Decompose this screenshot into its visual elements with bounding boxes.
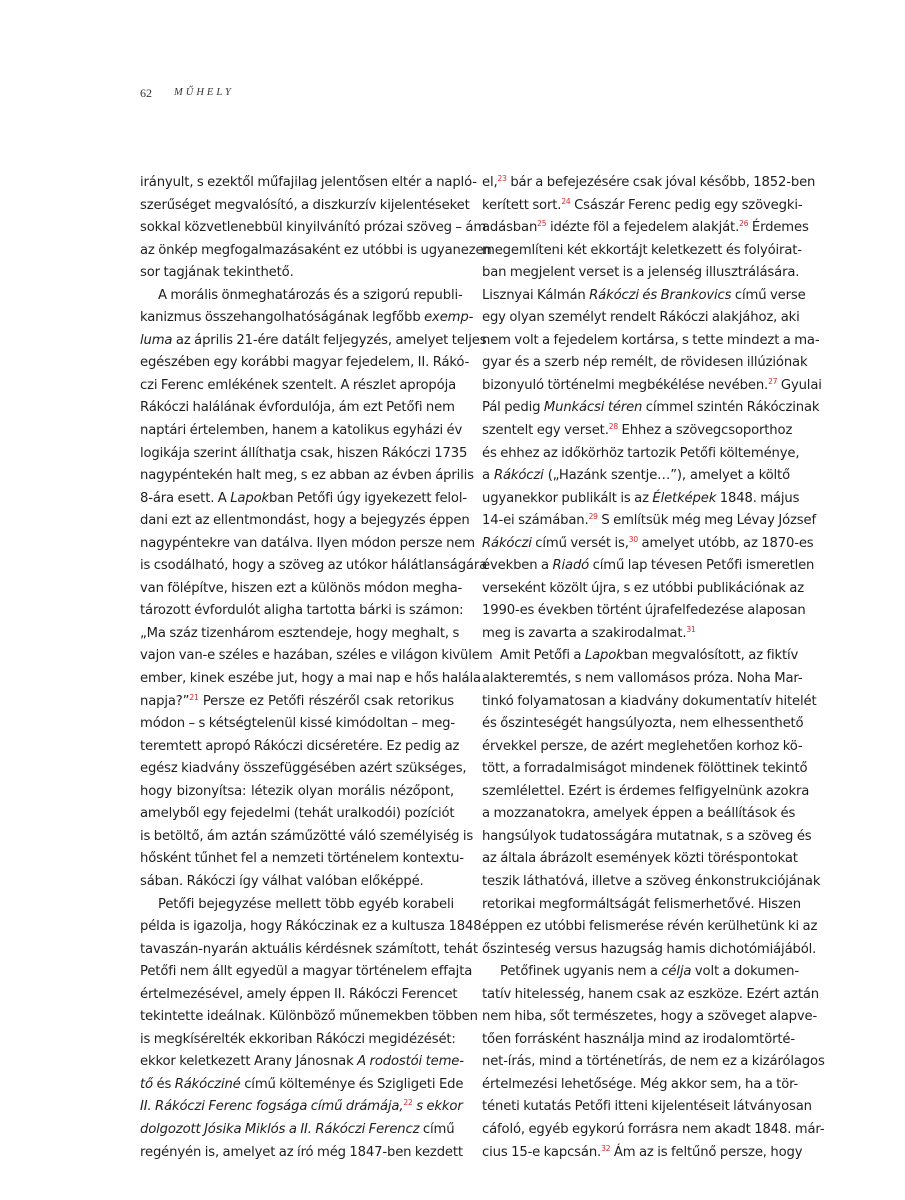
body-text: szerűséget megvalósító, a diszkurzív kij…	[140, 198, 470, 213]
footnote-reference[interactable]: 27	[768, 377, 777, 386]
text-line: tatív hitelesség, hanem csak az eszköze.…	[482, 984, 790, 1007]
body-text: S említsük még meg Lévay József	[598, 513, 816, 528]
text-line: retorikai megformáltságát felismerhetővé…	[482, 894, 790, 917]
text-line: cius 15-e kapcsán.32 Ám az is feltűnő pe…	[482, 1142, 790, 1165]
body-text: Petőfinek ugyanis nem a	[500, 964, 661, 979]
text-line: A morális önmeghatározás és a szigorú re…	[140, 285, 454, 308]
text-line: egész kiadvány összefüggésében azért szü…	[140, 758, 454, 781]
italic-title-text: II. Rákóczi Ferenc fogsága című drámája,	[140, 1099, 403, 1114]
text-line: tinkó folyamatosan a kiadvány dokumentat…	[482, 691, 790, 714]
text-line: ekkor keletkezett Arany Jánosnak A rodos…	[140, 1051, 454, 1074]
body-text: őszinteség versus hazugság hamis dichotó…	[482, 942, 816, 957]
text-line: luma az április 21-ére datált feljegyzés…	[140, 330, 454, 353]
body-text: és ehhez az időkörhöz tartozik Petőfi kö…	[482, 446, 799, 461]
text-line: naptári értelemben, hanem a katolikus eg…	[140, 420, 454, 443]
body-text: értelmezésével, amely éppen II. Rákóczi …	[140, 987, 457, 1002]
body-text: van fölépítve, hiszen ezt a különös módo…	[140, 581, 462, 596]
body-text: vajon van-e széles e hazában, széles e v…	[140, 648, 492, 663]
body-text: bár a befejezésére csak jóval később, 18…	[507, 175, 815, 190]
body-text: 1848. május	[716, 491, 799, 506]
running-header: 62 MŰHELY	[140, 86, 234, 101]
text-line: Petőfi nem állt egyedül a magyar történe…	[140, 961, 454, 984]
text-line: dolgozott Jósika Miklós a II. Rákóczi Fe…	[140, 1119, 454, 1142]
italic-title-text: s ekkor	[413, 1099, 463, 1114]
body-text: ugyanekkor publikált is az	[482, 491, 652, 506]
text-line: is betöltő, ám aztán száműzötté váló sze…	[140, 826, 454, 849]
text-line: irányult, s ezektől műfajilag jelentősen…	[140, 172, 454, 195]
text-line: sor tagjának tekinthető.	[140, 262, 454, 285]
text-line: módon – s kétségtelenül kissé kimódoltan…	[140, 713, 454, 736]
body-text: és őszinteségét hangsúlyozta, nem elhess…	[482, 716, 803, 731]
text-line: egy olyan személyt rendelt Rákóczi alakj…	[482, 307, 790, 330]
text-line: megemlíteni két ekkortájt keletkezett és…	[482, 240, 790, 263]
text-line: logikája szerint állíthatja csak, hiszen…	[140, 443, 454, 466]
text-line: nem volt a fejedelem kortársa, s tette m…	[482, 330, 790, 353]
text-line: nagypéntekén halt meg, s ez abban az évb…	[140, 465, 454, 488]
body-text: czi Ferenc emlékének szentelt. A részlet…	[140, 378, 456, 393]
body-text: 1990-es években történt újrafelfedezése …	[482, 603, 806, 618]
body-text: hangsúlyok tudatosságára mutatnak, s a s…	[482, 829, 812, 844]
body-text: regényén is, amelyet az író még 1847-ben…	[140, 1145, 463, 1160]
text-line: is csodálható, hogy a szöveg az utókor h…	[140, 555, 454, 578]
body-text: logikája szerint állíthatja csak, hiszen…	[140, 446, 467, 461]
body-text: a mozzanatokra, amelyek éppen a beállítá…	[482, 806, 795, 821]
footnote-reference[interactable]: 23	[498, 174, 507, 183]
text-line: el,23 bár a befejezésére csak jóval késő…	[482, 172, 790, 195]
body-text: az általa ábrázolt események közti törés…	[482, 851, 798, 866]
text-line: éppen ez utóbbi felismerése révén kerülh…	[482, 916, 790, 939]
right-text-column: el,23 bár a befejezésére csak jóval késő…	[482, 172, 790, 1164]
italic-title-text: Rákóczi	[494, 468, 544, 483]
body-text: című költeménye és Szigligeti Ede	[241, 1077, 464, 1092]
body-text: ban megvalósított, az fiktív	[624, 648, 799, 663]
text-line: hősként tűnhet fel a nemzeti történelem …	[140, 848, 454, 871]
body-text: volt a dokumen-	[691, 964, 799, 979]
body-text: teszik láthatóvá, illetve a szöveg énkon…	[482, 874, 820, 889]
body-text: amelyből egy fejedelmi (tehát uralkodói)…	[140, 806, 454, 821]
body-text: Ehhez a szövegcsoporthoz	[618, 423, 792, 438]
text-line: amelyből egy fejedelmi (tehát uralkodói)…	[140, 803, 454, 826]
text-line: és őszinteségét hangsúlyozta, nem elhess…	[482, 713, 790, 736]
body-text: Császár Ferenc pedig egy szövegki-	[571, 198, 803, 213]
body-text: Persze ez Petőfi részéről csak retorikus	[199, 694, 454, 709]
footnote-reference[interactable]: 30	[629, 535, 638, 544]
text-line: szemlélettel. Ezért is érdemes felfigyel…	[482, 781, 790, 804]
body-text: az önkép megfogalmazásaként ez utóbbi is…	[140, 243, 492, 258]
text-line: regényén is, amelyet az író még 1847-ben…	[140, 1142, 454, 1165]
left-text-column: irányult, s ezektől műfajilag jelentősen…	[140, 172, 454, 1164]
italic-title-text: Rákóczi	[482, 536, 532, 551]
text-line: őszinteség versus hazugság hamis dichotó…	[482, 939, 790, 962]
body-text: években a	[482, 558, 552, 573]
body-text: ekkor keletkezett Arany Jánosnak	[140, 1054, 357, 1069]
body-text: egész kiadvány összefüggésében azért szü…	[140, 761, 466, 776]
body-text: című lap tévesen Petőfi ismeretlen	[589, 558, 814, 573]
text-line: teremtett apropó Rákóczi dicséretére. Ez…	[140, 736, 454, 759]
text-line: „Ma száz tizenhárom esztendeje, hogy meg…	[140, 623, 454, 646]
text-line: tekintette ideálnak. Különböző műnemekbe…	[140, 1006, 454, 1029]
footnote-reference[interactable]: 24	[561, 197, 570, 206]
body-text: Rákóczi halálának évfordulója, ám ezt Pe…	[140, 400, 455, 415]
body-text: is megkísérelték ekkoriban Rákóczi megid…	[140, 1032, 456, 1047]
body-text: és	[153, 1077, 175, 1092]
body-text: is csodálható, hogy a szöveg az utókor h…	[140, 558, 487, 573]
body-text: kerített sort.	[482, 198, 561, 213]
text-line: Pál pedig Munkácsi téren címmel szintén …	[482, 397, 790, 420]
text-line: gyar és a szerb nép remélt, de rövidesen…	[482, 352, 790, 375]
body-text: egy olyan személyt rendelt Rákóczi alakj…	[482, 310, 800, 325]
body-text: gyar és a szerb nép remélt, de rövidesen…	[482, 355, 807, 370]
body-text: meg is zavarta a szakirodalmat.	[482, 626, 686, 641]
body-text: Gyulai	[777, 378, 821, 393]
text-line: értelmezésével, amely éppen II. Rákóczi …	[140, 984, 454, 1007]
text-line: sában. Rákóczi így válhat valóban előkép…	[140, 871, 454, 894]
text-line: szerűséget megvalósító, a diszkurzív kij…	[140, 195, 454, 218]
text-line: cáfoló, egyéb egykorú forrásra nem akadt…	[482, 1119, 790, 1142]
body-text: címmel szintén Rákóczinak	[642, 400, 819, 415]
body-text: Petőfi nem állt egyedül a magyar történe…	[140, 964, 472, 979]
body-text: nem hiba, sőt természetes, hogy a szöveg…	[482, 1009, 817, 1024]
text-line: az általa ábrázolt események közti törés…	[482, 848, 790, 871]
text-line: ember, kinek eszébe jut, hogy a mai nap …	[140, 668, 454, 691]
text-line: kerített sort.24 Császár Ferenc pedig eg…	[482, 195, 790, 218]
body-text: szemlélettel. Ezért is érdemes felfigyel…	[482, 784, 809, 799]
italic-title-text: luma	[140, 333, 172, 348]
text-line: Rákóczi halálának évfordulója, ám ezt Pe…	[140, 397, 454, 420]
footnote-reference[interactable]: 26	[739, 219, 748, 228]
text-line: II. Rákóczi Ferenc fogsága című drámája,…	[140, 1096, 454, 1119]
text-line: 1990-es években történt újrafelfedezése …	[482, 600, 790, 623]
body-text: („Hazánk szentje…”), amelyet a költő	[544, 468, 790, 483]
text-line: Lisznyai Kálmán Rákóczi és Brankovics cí…	[482, 285, 790, 308]
body-text: Ám az is feltűnő persze, hogy	[610, 1145, 802, 1160]
body-text: sor tagjának tekinthető.	[140, 265, 294, 280]
body-text: sokkal közvetlenebbül kinyilvánító próza…	[140, 220, 486, 235]
body-text: bizonyuló történelmi megbékélése nevében…	[482, 378, 768, 393]
body-text: tavaszán-nyarán aktuális kérdésnek számí…	[140, 942, 478, 957]
text-line: hangsúlyok tudatosságára mutatnak, s a s…	[482, 826, 790, 849]
body-text: sában. Rákóczi így válhat valóban előkép…	[140, 874, 424, 889]
text-line: 14-ei számában.29 S említsük még meg Lév…	[482, 510, 790, 533]
body-text: egészében egy korábbi magyar fejedelem, …	[140, 355, 469, 370]
body-text: című verse	[731, 288, 805, 303]
body-text: nagypéntekén halt meg, s ez abban az évb…	[140, 468, 474, 483]
text-line: szentelt egy verset.28 Ehhez a szövegcso…	[482, 420, 790, 443]
body-text: net-írás, mind a történetírás, de nem ez…	[482, 1054, 825, 1069]
italic-title-text: A rodostói teme-	[357, 1054, 464, 1069]
body-text: Petőfi bejegyzése mellett több egyéb kor…	[158, 897, 454, 912]
italic-title-text: Rákócziné	[175, 1077, 241, 1092]
text-line: egészében egy korábbi magyar fejedelem, …	[140, 352, 454, 375]
body-text: el,	[482, 175, 498, 190]
text-line: és ehhez az időkörhöz tartozik Petőfi kö…	[482, 443, 790, 466]
body-text: megemlíteni két ekkortájt keletkezett és…	[482, 243, 802, 258]
body-text: verseként közölt újra, s ez utóbbi publi…	[482, 581, 804, 596]
italic-title-text: Lapok	[230, 491, 269, 506]
body-text: című versét is,	[532, 536, 629, 551]
text-line: hogy bizonyítsa: létezik olyan morális n…	[140, 781, 454, 804]
body-text: nem volt a fejedelem kortársa, s tette m…	[482, 333, 819, 348]
body-text: a	[482, 468, 494, 483]
text-line: tározott évfordulót aligha tartotta bárk…	[140, 600, 454, 623]
italic-title-text: Lapok	[585, 648, 624, 663]
body-text: Pál pedig	[482, 400, 544, 415]
body-text: tően forrásként használja mind az irodal…	[482, 1032, 795, 1047]
body-text: is betöltő, ám aztán száműzötté váló sze…	[140, 829, 473, 844]
text-line: tött, a forradalmiságot mindenek fölötti…	[482, 758, 790, 781]
body-text: cius 15-e kapcsán.	[482, 1145, 601, 1160]
text-line: nem hiba, sőt természetes, hogy a szöveg…	[482, 1006, 790, 1029]
body-text: című	[419, 1122, 454, 1137]
body-text: amelyet utóbb, az 1870-es	[638, 536, 814, 551]
text-line: meg is zavarta a szakirodalmat.31	[482, 623, 790, 646]
body-text: az április 21-ére datált feljegyzés, ame…	[172, 333, 486, 348]
text-line: ban megjelent verset is a jelenség illus…	[482, 262, 790, 285]
body-text: érvekkel persze, de azért meglehetően ko…	[482, 739, 803, 754]
body-text: tatív hitelesség, hanem csak az eszköze.…	[482, 987, 819, 1002]
text-line: ugyanekkor publikált is az Életképek 184…	[482, 488, 790, 511]
body-text: adásban	[482, 220, 537, 235]
text-line: net-írás, mind a történetírás, de nem ez…	[482, 1051, 790, 1074]
body-text: retorikai megformáltságát felismerhetővé…	[482, 897, 801, 912]
text-line: tavaszán-nyarán aktuális kérdésnek számí…	[140, 939, 454, 962]
body-text: éppen ez utóbbi felismerése révén kerülh…	[482, 919, 817, 934]
text-line: czi Ferenc emlékének szentelt. A részlet…	[140, 375, 454, 398]
body-text: szentelt egy verset.	[482, 423, 609, 438]
text-line: 8-ára esett. A Lapokban Petőfi úgy igyek…	[140, 488, 454, 511]
body-text: irányult, s ezektől műfajilag jelentősen…	[140, 175, 477, 190]
footnote-reference[interactable]: 21	[189, 693, 198, 702]
italic-title-text: célja	[661, 964, 691, 979]
body-text: Lisznyai Kálmán	[482, 288, 589, 303]
body-text: módon – s kétségtelenül kissé kimódoltan…	[140, 716, 455, 731]
text-line: is megkísérelték ekkoriban Rákóczi megid…	[140, 1029, 454, 1052]
body-text: példa is igazolja, hogy Rákóczinak ez a …	[140, 919, 481, 934]
text-line: években a Riadó című lap tévesen Petőfi …	[482, 555, 790, 578]
text-line: nagypéntekre van datálva. Ilyen módon pe…	[140, 533, 454, 556]
text-line: kanizmus összehangolhatóságának legfőbb …	[140, 307, 454, 330]
body-text: „Ma száz tizenhárom esztendeje, hogy meg…	[140, 626, 459, 641]
footnote-reference[interactable]: 31	[686, 625, 695, 634]
body-text: tározott évfordulót aligha tartotta bárk…	[140, 603, 463, 618]
text-line: vajon van-e széles e hazában, széles e v…	[140, 645, 454, 668]
body-text: Amit Petőfi a	[500, 648, 585, 663]
body-text: kanizmus összehangolhatóságának legfőbb	[140, 310, 424, 325]
text-line: Petőfinek ugyanis nem a célja volt a dok…	[482, 961, 790, 984]
body-text: 8-ára esett. A	[140, 491, 230, 506]
journal-title: MŰHELY	[174, 86, 234, 101]
text-line: verseként közölt újra, s ez utóbbi publi…	[482, 578, 790, 601]
body-text: hogy bizonyítsa: létezik olyan morális n…	[140, 784, 454, 799]
text-line: napja?”21 Persze ez Petőfi részéről csak…	[140, 691, 454, 714]
body-text: tött, a forradalmiságot mindenek fölötti…	[482, 761, 807, 776]
footnote-reference[interactable]: 22	[403, 1098, 412, 1107]
text-line: dani ezt az ellentmondást, hogy a bejegy…	[140, 510, 454, 533]
italic-title-text: Rákóczi és Brankovics	[589, 288, 731, 303]
text-line: tően forrásként használja mind az irodal…	[482, 1029, 790, 1052]
body-text: tinkó folyamatosan a kiadvány dokumentat…	[482, 694, 817, 709]
body-text: ban megjelent verset is a jelenség illus…	[482, 265, 799, 280]
text-line: alakteremtés, s nem vallomásos próza. No…	[482, 668, 790, 691]
body-text: dani ezt az ellentmondást, hogy a bejegy…	[140, 513, 470, 528]
text-line: Rákóczi című versét is,30 amelyet utóbb,…	[482, 533, 790, 556]
body-text: 14-ei számában.	[482, 513, 589, 528]
italic-title-text: exemp-	[424, 310, 473, 325]
text-line: Amit Petőfi a Lapokban megvalósított, az…	[482, 645, 790, 668]
body-text: A morális önmeghatározás és a szigorú re…	[158, 288, 463, 303]
text-line: a mozzanatokra, amelyek éppen a beállítá…	[482, 803, 790, 826]
text-line: Petőfi bejegyzése mellett több egyéb kor…	[140, 894, 454, 917]
body-text: alakteremtés, s nem vallomásos próza. No…	[482, 671, 802, 686]
body-text: cáfoló, egyéb egykorú forrásra nem akadt…	[482, 1122, 824, 1137]
body-text: nagypéntekre van datálva. Ilyen módon pe…	[140, 536, 475, 551]
body-text: Érdemes	[748, 220, 808, 235]
body-text: teremtett apropó Rákóczi dicséretére. Ez…	[140, 739, 459, 754]
italic-title-text: tő	[140, 1077, 153, 1092]
body-text: napja?”	[140, 694, 189, 709]
italic-title-text: Riadó	[552, 558, 589, 573]
body-text: naptári értelemben, hanem a katolikus eg…	[140, 423, 462, 438]
text-line: bizonyuló történelmi megbékélése nevében…	[482, 375, 790, 398]
italic-title-text: Munkácsi téren	[544, 400, 642, 415]
body-text: ban Petőfi úgy igyekezett felol-	[269, 491, 467, 506]
footnote-reference[interactable]: 32	[601, 1144, 610, 1153]
text-line: az önkép megfogalmazásaként ez utóbbi is…	[140, 240, 454, 263]
footnote-reference[interactable]: 28	[609, 422, 618, 431]
italic-title-text: Életképek	[652, 491, 716, 506]
body-text: hősként tűnhet fel a nemzeti történelem …	[140, 851, 464, 866]
italic-title-text: dolgozott Jósika Miklós a II. Rákóczi Fe…	[140, 1122, 419, 1137]
body-text: értelmezési lehetősége. Még akkor sem, h…	[482, 1077, 798, 1092]
text-line: tő és Rákócziné című költeménye és Szigl…	[140, 1074, 454, 1097]
body-text: idézte föl a fejedelem alakját.	[546, 220, 739, 235]
text-line: adásban25 idézte föl a fejedelem alakját…	[482, 217, 790, 240]
page-number: 62	[140, 86, 152, 101]
text-line: sokkal közvetlenebbül kinyilvánító próza…	[140, 217, 454, 240]
text-line: a Rákóczi („Hazánk szentje…”), amelyet a…	[482, 465, 790, 488]
text-line: értelmezési lehetősége. Még akkor sem, h…	[482, 1074, 790, 1097]
body-text: tekintette ideálnak. Különböző műnemekbe…	[140, 1009, 478, 1024]
text-line: van fölépítve, hiszen ezt a különös módo…	[140, 578, 454, 601]
footnote-reference[interactable]: 29	[589, 512, 598, 521]
text-line: érvekkel persze, de azért meglehetően ko…	[482, 736, 790, 759]
body-text: ember, kinek eszébe jut, hogy a mai nap …	[140, 671, 481, 686]
text-line: példa is igazolja, hogy Rákóczinak ez a …	[140, 916, 454, 939]
body-text: téneti kutatás Petőfi itteni kijelentése…	[482, 1099, 812, 1114]
text-line: téneti kutatás Petőfi itteni kijelentése…	[482, 1096, 790, 1119]
text-line: teszik láthatóvá, illetve a szöveg énkon…	[482, 871, 790, 894]
